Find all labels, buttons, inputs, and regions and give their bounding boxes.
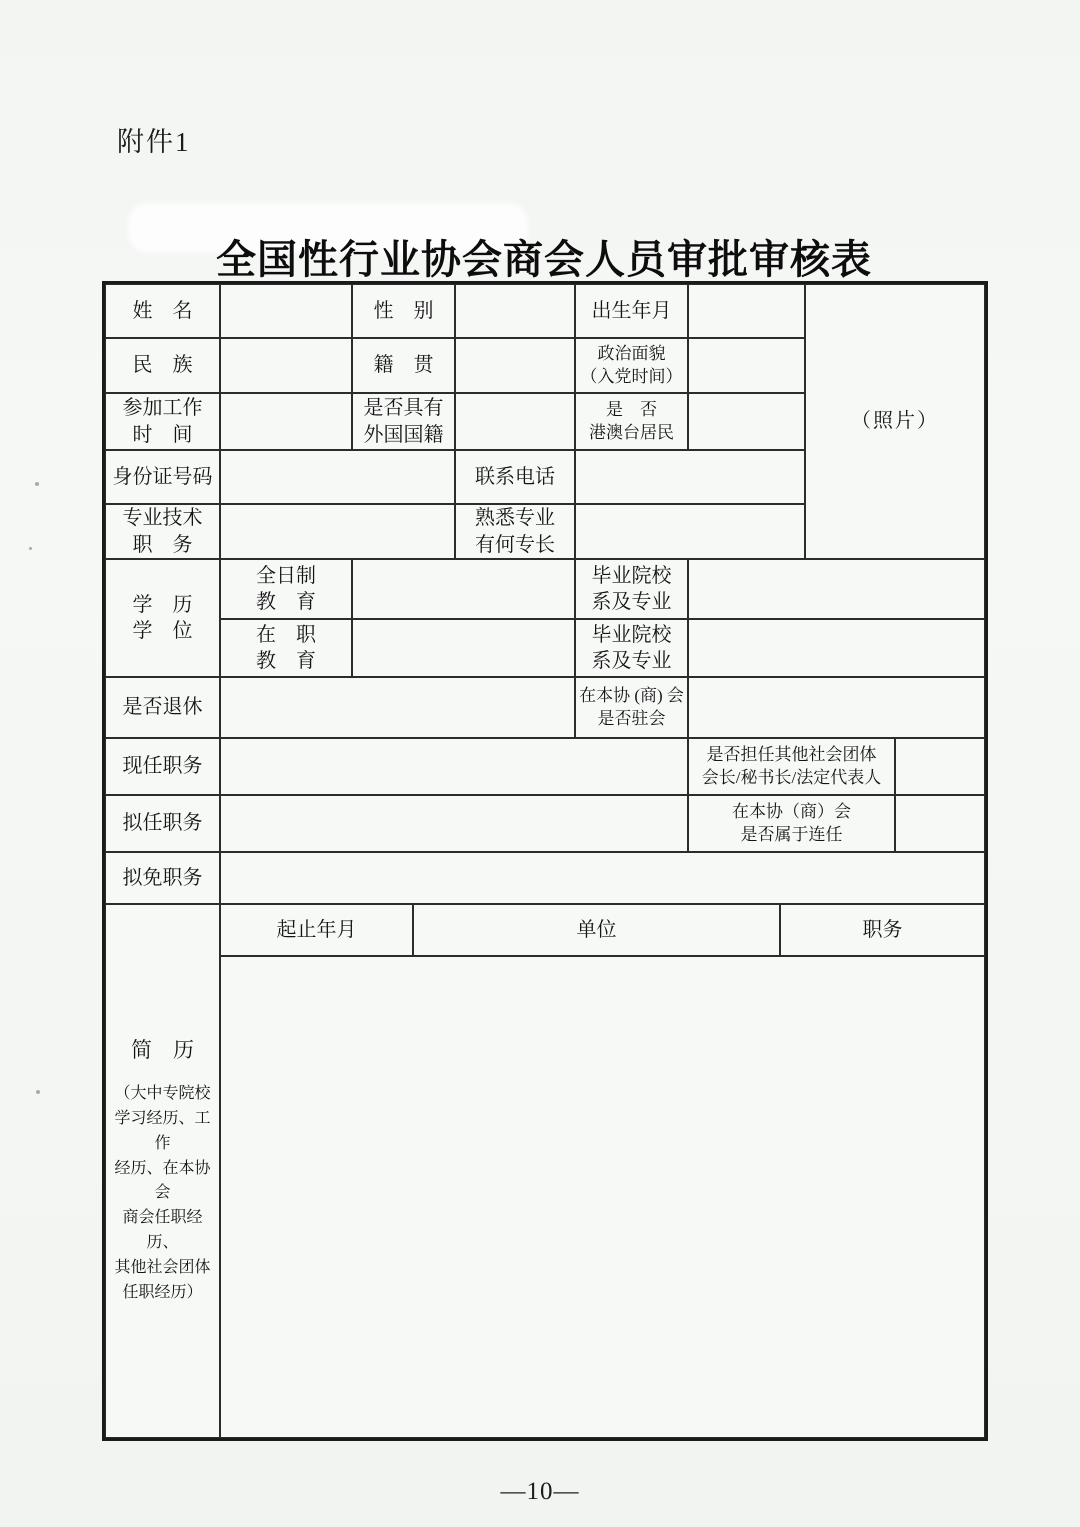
- ethnicity-value-cell: [220, 338, 352, 393]
- graduate-school-onjob-value-cell: [688, 619, 985, 677]
- resume-title: 简 历: [131, 1037, 194, 1065]
- retired-value-cell: [220, 677, 575, 738]
- resume-col-position-header: 职务: [780, 904, 985, 956]
- current-position-label: 现任职务: [105, 738, 220, 795]
- resident-in-association-label: 在本协 (商) 会 是否驻会: [575, 677, 688, 738]
- contact-phone-label: 联系电话: [455, 450, 575, 504]
- birth-date-label: 出生年月: [575, 284, 688, 338]
- name-value-cell: [220, 284, 352, 338]
- page-number: —10—: [0, 1478, 1080, 1506]
- reelection-label: 在本协（商）会 是否属于连任: [688, 795, 895, 852]
- professional-title-value-cell: [220, 504, 455, 559]
- native-place-value-cell: [455, 338, 575, 393]
- birth-date-value-cell: [688, 284, 805, 338]
- current-position-value-cell: [220, 738, 688, 795]
- professional-title-label: 专业技术 职 务: [105, 504, 220, 559]
- gender-label: 性 别: [352, 284, 455, 338]
- political-status-value-cell: [688, 338, 805, 393]
- other-org-leader-value-cell: [895, 738, 985, 795]
- scan-speck: [29, 547, 32, 550]
- resume-col-period-header: 起止年月: [220, 904, 413, 956]
- attachment-label: 附件1: [117, 120, 191, 159]
- graduate-school-fulltime-value-cell: [688, 559, 985, 619]
- graduate-school-onjob-label: 毕业院校 系及专业: [575, 619, 688, 677]
- scan-speck: [35, 482, 39, 486]
- education-degree-label: 学 历 学 位: [105, 559, 220, 677]
- id-number-label: 身份证号码: [105, 450, 220, 504]
- form-title: 全国性行业协会商会人员审批审核表: [102, 228, 986, 285]
- foreign-nationality-label: 是否具有 外国国籍: [352, 393, 455, 450]
- gender-value-cell: [455, 284, 575, 338]
- resume-col-unit-header: 单位: [413, 904, 780, 956]
- scanned-form-page: 附件1 全国性行业协会商会人员审批审核表 姓 名 性 别 出生年月 （照片） 民…: [0, 0, 1080, 1527]
- onjob-education-value-cell: [352, 619, 575, 677]
- id-number-value-cell: [220, 450, 455, 504]
- native-place-label: 籍 贯: [352, 338, 455, 393]
- contact-phone-value-cell: [575, 450, 805, 504]
- proposed-position-value-cell: [220, 795, 688, 852]
- expertise-label: 熟悉专业 有何专长: [455, 504, 575, 559]
- resume-entries-area: [220, 956, 985, 1438]
- retired-label: 是否退休: [105, 677, 220, 738]
- work-start-time-label: 参加工作 时 间: [105, 393, 220, 450]
- proposed-position-label: 拟任职务: [105, 795, 220, 852]
- work-start-time-value-cell: [220, 393, 352, 450]
- resume-note: （大中专院校 学习经历、工作 经历、在本协会 商会任职经历、 其他社会团体 任职…: [108, 1082, 217, 1305]
- political-status-label: 政治面貌 （入党时间）: [575, 338, 688, 393]
- graduate-school-fulltime-label: 毕业院校 系及专业: [575, 559, 688, 619]
- hk-mo-tw-resident-value-cell: [688, 393, 805, 450]
- ethnicity-label: 民 族: [105, 338, 220, 393]
- name-label: 姓 名: [105, 284, 220, 338]
- reelection-value-cell: [895, 795, 985, 852]
- other-org-leader-label: 是否担任其他社会团体 会长/秘书长/法定代表人: [688, 738, 895, 795]
- onjob-education-label: 在 职 教 育: [220, 619, 352, 677]
- resume-label-cell: 简 历 （大中专院校 学习经历、工作 经历、在本协会 商会任职经历、 其他社会团…: [105, 904, 220, 1438]
- expertise-value-cell: [575, 504, 805, 559]
- fulltime-education-value-cell: [352, 559, 575, 619]
- hk-mo-tw-resident-label: 是 否 港澳台居民: [575, 393, 688, 450]
- fulltime-education-label: 全日制 教 育: [220, 559, 352, 619]
- position-to-remove-value-cell: [220, 852, 985, 904]
- position-to-remove-label: 拟免职务: [105, 852, 220, 904]
- personnel-approval-form-table: 姓 名 性 别 出生年月 （照片） 民 族 籍 贯 政治面貌 （入党时间） 参加…: [102, 281, 988, 1441]
- scan-speck: [36, 1090, 40, 1094]
- photo-placeholder-cell: （照片）: [805, 284, 985, 559]
- resident-in-association-value-cell: [688, 677, 985, 738]
- foreign-nationality-value-cell: [455, 393, 575, 450]
